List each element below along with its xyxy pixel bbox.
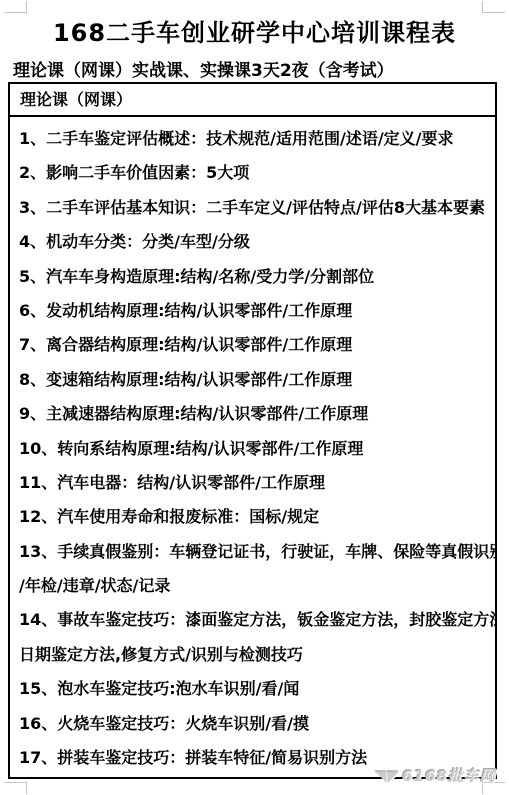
watermark: ◥◤6168批车网 (375, 765, 496, 786)
course-item-line[interactable]: 9、主减速器结构原理:结构/认识零部件/工作原理 (19, 397, 493, 431)
course-item-wrap-line[interactable]: /年检/违章/状态/记录 (19, 569, 493, 603)
course-item-line[interactable]: 4、机动车分类：分类/车型/分级 (19, 225, 493, 259)
course-line-text: 6、发动机结构原理:结构/认识零部件/工作原理 (19, 301, 352, 320)
course-list[interactable]: 1、二手车鉴定评估概述：技术规范/适用范围/述语/定义/要求2、影响二手车价值因… (10, 117, 495, 777)
course-line-text: 14、事故车鉴定技巧：漆面鉴定方法，钣金鉴定方法，封胶鉴定方法, (19, 610, 495, 629)
watermark-text: 6168批车网 (402, 767, 496, 785)
course-line-text: 10、转向系结构原理:结构/认识零部件/工作原理 (19, 439, 363, 458)
course-item-line[interactable]: 2、影响二手车价值因素：5大项 (19, 156, 493, 190)
course-line-text: 8、变速箱结构原理:结构/认识零部件/工作原理 (19, 370, 352, 389)
document-subtitle[interactable]: 理论课（网课）实战课、实操课3天2夜（含考试） (0, 48, 509, 81)
course-line-text: 4、机动车分类：分类/车型/分级 (19, 232, 250, 251)
course-line-text: 12、汽车使用寿命和报废标准：国标/规定 (19, 507, 319, 526)
course-line-text: 3、二手车评估基本知识：二手车定义/评估特点/评估8大基本要素 (19, 198, 485, 217)
course-line-text: 5、汽车车身构造原理:结构/名称/受力学/分割部位 (19, 267, 374, 286)
course-item-line[interactable]: 8、变速箱结构原理:结构/认识零部件/工作原理 (19, 363, 493, 397)
course-item-line[interactable]: 15、泡水车鉴定技巧:泡水车识别/看/闻 (19, 672, 493, 706)
course-item-line[interactable]: 10、转向系结构原理:结构/认识零部件/工作原理 (19, 432, 493, 466)
margin-mark-top-left (4, 1, 27, 13)
course-table: 理论课（网课） 1、二手车鉴定评估概述：技术规范/适用范围/述语/定义/要求2、… (8, 82, 497, 779)
margin-mark-top-right (482, 1, 505, 13)
course-line-text: 15、泡水车鉴定技巧:泡水车识别/看/闻 (19, 679, 299, 698)
course-line-text: 9、主减速器结构原理:结构/认识零部件/工作原理 (19, 404, 368, 423)
table-header-cell[interactable]: 理论课（网课） (10, 84, 495, 117)
course-line-text: 16、火烧车鉴定技巧：火烧车识别/看/摸 (19, 714, 309, 733)
document-page: 168二手车创业研学中心培训课程表 理论课（网课）实战课、实操课3天2夜（含考试… (0, 0, 509, 795)
course-item-line[interactable]: 6、发动机结构原理:结构/认识零部件/工作原理 (19, 294, 493, 328)
course-item-line[interactable]: 1、二手车鉴定评估概述：技术规范/适用范围/述语/定义/要求 (19, 122, 493, 156)
course-item-wrap-line[interactable]: 日期鉴定方法,修复方式/识别与检测技巧 (19, 638, 493, 672)
course-item-line[interactable]: 11、汽车电器：结构/认识零部件/工作原理 (19, 466, 493, 500)
course-item-line[interactable]: 3、二手车评估基本知识：二手车定义/评估特点/评估8大基本要素 (19, 191, 493, 225)
course-item-line[interactable]: 5、汽车车身构造原理:结构/名称/受力学/分割部位 (19, 260, 493, 294)
margin-mark-bottom-left (4, 782, 27, 794)
course-line-text: 7、离合器结构原理:结构/认识零部件/工作原理 (19, 335, 352, 354)
document-title[interactable]: 168二手车创业研学中心培训课程表 (0, 0, 509, 48)
watermark-logo-icon: ◥◤ (375, 767, 400, 785)
course-line-text: 日期鉴定方法,修复方式/识别与检测技巧 (19, 645, 303, 664)
course-line-text: 2、影响二手车价值因素：5大项 (19, 163, 249, 182)
course-line-text: 1、二手车鉴定评估概述：技术规范/适用范围/述语/定义/要求 (19, 129, 454, 148)
course-line-text: 13、手续真假鉴别：车辆登记证书，行驶证，车牌、保险等真假识别 (19, 542, 495, 561)
course-item-line[interactable]: 12、汽车使用寿命和报废标准：国标/规定 (19, 500, 493, 534)
course-line-text: /年检/违章/状态/记录 (19, 576, 170, 595)
course-item-line[interactable]: 16、火烧车鉴定技巧：火烧车识别/看/摸 (19, 707, 493, 741)
course-line-text: 11、汽车电器：结构/认识零部件/工作原理 (19, 473, 325, 492)
course-line-text: 17、拼装车鉴定技巧：拼装车特征/简易识别方法 (19, 748, 367, 767)
course-item-line[interactable]: 13、手续真假鉴别：车辆登记证书，行驶证，车牌、保险等真假识别 (19, 535, 493, 569)
course-item-line[interactable]: 14、事故车鉴定技巧：漆面鉴定方法，钣金鉴定方法，封胶鉴定方法, (19, 603, 493, 637)
table-header-label: 理论课（网课） (20, 90, 132, 109)
course-item-line[interactable]: 7、离合器结构原理:结构/认识零部件/工作原理 (19, 328, 493, 362)
